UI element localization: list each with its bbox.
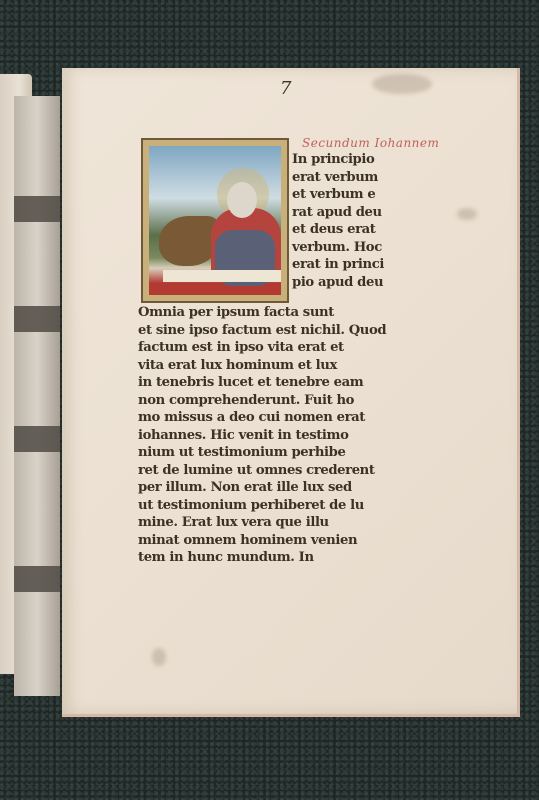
- stain: [372, 74, 432, 94]
- text-line: Omnia per ipsum facta sunt: [138, 304, 386, 322]
- spine-band: [14, 566, 60, 592]
- text-line: in tenebris lucet et tenebre eam: [138, 374, 386, 392]
- stain: [152, 648, 166, 666]
- text-line: In principio: [292, 151, 384, 169]
- text-line: pio apud deu: [292, 274, 384, 292]
- text-line: rat apud deu: [292, 204, 384, 222]
- text-line: per illum. Non erat ille lux sed: [138, 479, 386, 497]
- stain: [457, 208, 477, 220]
- book-spine: [14, 96, 60, 696]
- text-column-beside-miniature: In principio erat verbum et verbum e rat…: [292, 151, 384, 291]
- text-line: et deus erat: [292, 221, 384, 239]
- text-line: ret de lumine ut omnes crederent: [138, 462, 386, 480]
- text-line: erat in princi: [292, 256, 384, 274]
- saint-head: [227, 182, 257, 218]
- text-line: ut testimonium perhiberet de lu: [138, 497, 386, 515]
- text-column-full: Omnia per ipsum facta sunt et sine ipso …: [138, 304, 386, 567]
- text-line: minat omnem hominem venien: [138, 532, 386, 550]
- spine-band: [14, 306, 60, 332]
- miniature-illumination: [141, 138, 289, 303]
- text-line: verbum. Hoc: [292, 239, 384, 257]
- spine-band: [14, 426, 60, 452]
- text-line: iohannes. Hic venit in testimo: [138, 427, 386, 445]
- spine-band: [14, 196, 60, 222]
- rubric-heading: Secundum Iohannem: [302, 136, 439, 150]
- manuscript-page: 7 Secundum Iohannem In principio erat ve…: [62, 68, 520, 717]
- text-line: et sine ipso factum est nichil. Quod: [138, 322, 386, 340]
- text-line: et verbum e: [292, 186, 384, 204]
- text-line: mine. Erat lux vera que illu: [138, 514, 386, 532]
- text-line: tem in hunc mundum. In: [138, 549, 386, 567]
- text-line: mo missus a deo cui nomen erat: [138, 409, 386, 427]
- text-line: vita erat lux hominum et lux: [138, 357, 386, 375]
- eagle-figure: [159, 216, 219, 266]
- text-line: factum est in ipso vita erat et: [138, 339, 386, 357]
- text-line: non comprehenderunt. Fuit ho: [138, 392, 386, 410]
- folio-number: 7: [280, 78, 291, 99]
- text-line: erat verbum: [292, 169, 384, 187]
- open-book: [163, 270, 281, 282]
- text-line: nium ut testimonium perhibe: [138, 444, 386, 462]
